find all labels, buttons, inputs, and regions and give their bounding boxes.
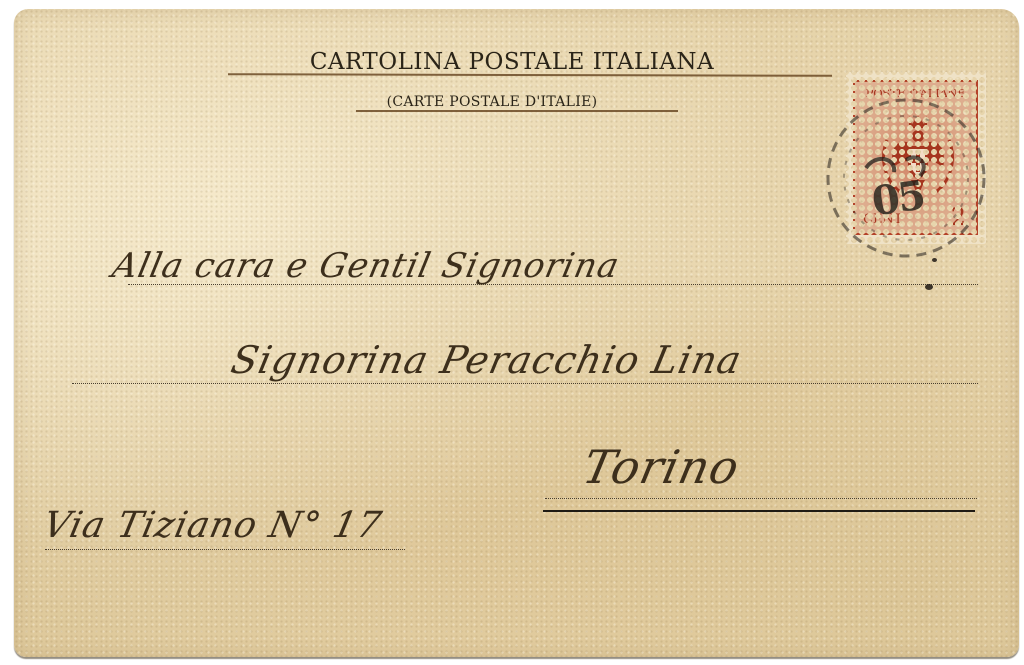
ink-spot [932,258,937,262]
header-subtitle-strikethrough [356,110,678,112]
address-underline [543,510,975,512]
header-title: CARTOLINA POSTALE ITALIANA [212,49,812,75]
stamp-value: 2 [951,203,966,231]
ink-spot [925,284,933,290]
sender-guide-line [45,549,405,550]
postmark-date: 05 [869,172,927,226]
address-line-recipient: Signorina Peracchio Lina [227,338,746,382]
address-guide-line-3 [545,498,977,499]
stamp-top-text: POSTE ITALIANE [858,86,973,100]
address-line-city: Torino [578,440,744,494]
address-line-greeting: Alla cara e Gentil Signorina [109,246,623,286]
header-subtitle: (CARTE POSTALE D'ITALIE) [312,94,672,110]
address-line-street: Via Tiziano N° 17 [40,505,386,546]
address-guide-line-2 [72,383,978,384]
